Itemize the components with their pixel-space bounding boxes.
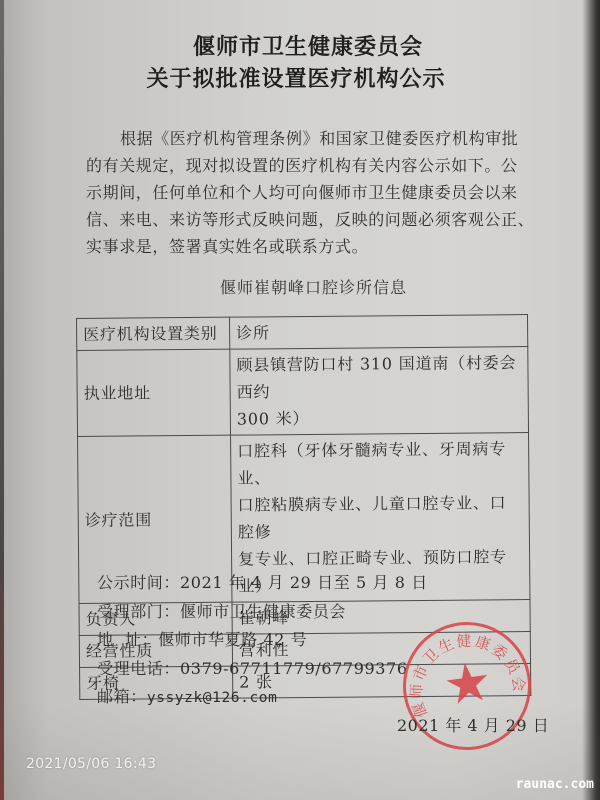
paragraph-line: 信、来电、来访等形式反映问题，反映的问题必须客观公正、 [86,206,506,233]
paragraph-line: 示期间，任何单位和个人均可向偃师市卫生健康委员会以来 [86,179,506,206]
email: 邮箱：yssyzk@126.com [97,683,428,713]
photo-left-edge [0,0,4,800]
email-label: 邮箱： [97,687,147,706]
value-line: 口腔科（牙体牙髓病专业、牙周病专业、 [237,435,522,491]
row-value: 顾县镇营防口村 310 国道南（村委会西约 300 米） [230,347,529,436]
phone-value: 0379-67711779/67799376 [180,659,408,678]
notice-period: 公示时间：2021 年 4 月 29 日至 5 月 8 日 [97,569,428,598]
table-row: 执业地址 顾县镇营防口村 310 国道南（村委会西约 300 米） [77,347,529,437]
table-caption: 偃师崔朝峰口腔诊所信息 [220,275,407,298]
photo-timestamp: 2021/05/06 16:43 [26,756,156,772]
document-title-line2: 关于拟批准设置医疗机构公示 [0,62,596,93]
row-label: 医疗机构设置类别 [77,317,230,350]
address-value: 偃师市华夏路 42 号 [158,630,307,649]
email-value: yssyzk@126.com [147,690,278,706]
value-line: 300 米） [237,403,522,432]
value-line: 诊所 [236,323,270,342]
row-label: 执业地址 [77,349,231,436]
period-label: 公示时间： [97,573,180,592]
dept-label: 受理部门： [97,602,180,621]
notice-paragraph: 根据《医疗机构管理条例》和国家卫健委医疗机构审批 的有关规定，现对拟设置的医疗机… [86,125,506,260]
accepting-department: 受理部门：偃师市卫生健康委员会 [97,598,428,627]
table-row: 医疗机构设置类别 诊所 [77,315,528,351]
row-value: 诊所 [229,315,527,350]
signature-date: 2021 年 4 月 29 日 [397,713,549,736]
paragraph-line: 实事求是，签署真实姓名或联系方式。 [86,233,506,260]
address-label: 地 址： [97,630,158,649]
dept-value: 偃师市卫生健康委员会 [180,602,346,621]
phone-label: 受理电话： [97,659,180,678]
site-watermark: raunac.com [516,777,594,792]
period-value: 2021 年 4 月 29 日至 5 月 8 日 [180,573,428,592]
paragraph-line: 的有关规定，现对拟设置的医疗机构有关内容公示如下。公 [86,152,506,179]
contact-info: 公示时间：2021 年 4 月 29 日至 5 月 8 日 受理部门：偃师市卫生… [97,569,428,713]
star-icon [443,658,493,708]
official-seal: 偃师市卫生健康委员会 [395,614,540,759]
document-title-line1: 偃师市卫生健康委员会 [8,30,600,61]
value-line: 顾县镇营防口村 310 国道南（村委会西约 [236,349,521,405]
phone: 受理电话：0379-67711779/67799376 [97,655,428,684]
paragraph-line: 根据《医疗机构管理条例》和国家卫健委医疗机构审批 [86,125,506,152]
address: 地 址：偃师市华夏路 42 号 [97,626,428,655]
value-line: 口腔粘膜病专业、儿童口腔专业、口腔修 [238,489,523,545]
